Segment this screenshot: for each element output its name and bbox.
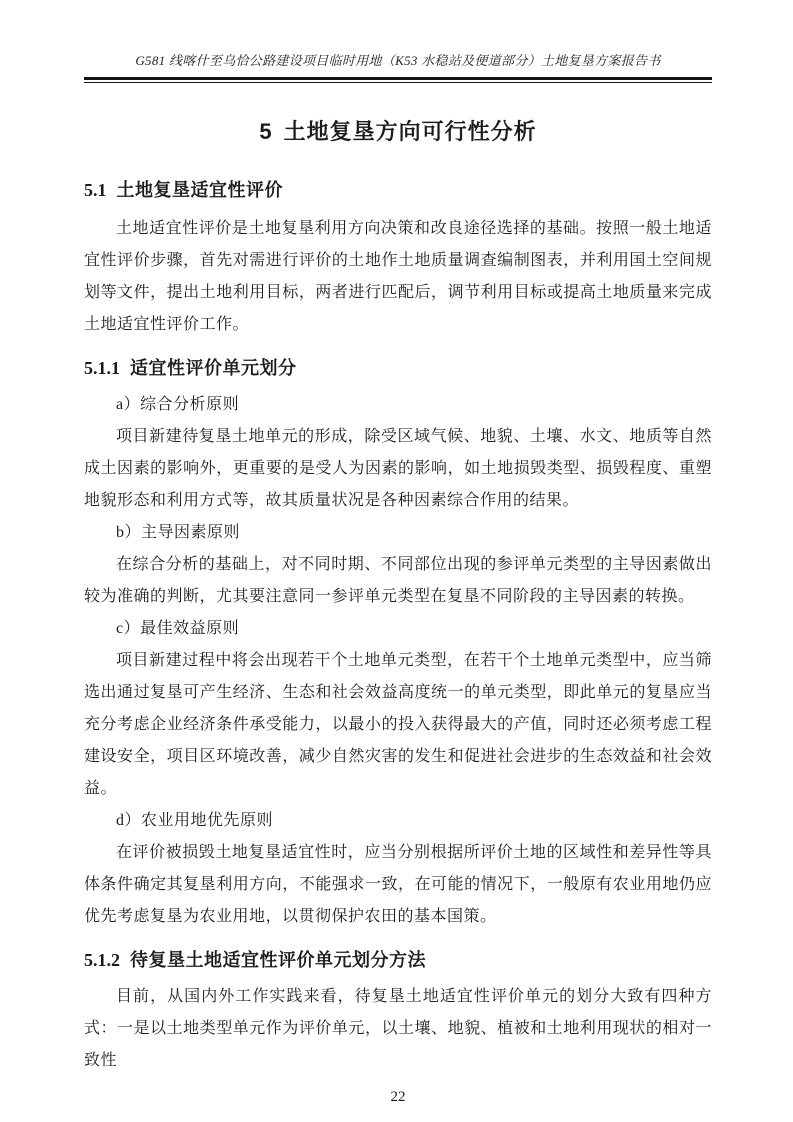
section-number: 5.1 (84, 180, 107, 200)
principle-label-b: b）主导因素原则 (84, 517, 712, 549)
section-number: 5.1.1 (84, 358, 120, 378)
principle-paragraph-b: 在综合分析的基础上，对不同时期、不同部位出现的参评单元类型的主导因素做出较为准确… (84, 549, 712, 613)
section-number: 5.1.2 (84, 950, 120, 970)
section-heading-text: 适宜性评价单元划分 (130, 358, 297, 378)
section-heading-5-1: 5.1土地复垦适宜性评价 (84, 177, 712, 203)
principle-label-d: d）农业用地优先原则 (84, 805, 712, 837)
page-header: G581 线喀什至乌恰公路建设项目临时用地（K53 水稳站及便道部分）土地复垦方… (84, 50, 712, 83)
section-heading-5-1-1: 5.1.1适宜性评价单元划分 (84, 355, 712, 381)
section-heading-text: 土地复垦适宜性评价 (117, 180, 284, 200)
principle-paragraph-d: 在评价被损毁土地复垦适宜性时，应当分别根据所评价土地的区域性和差异性等具体条件确… (84, 837, 712, 933)
principle-paragraph-a: 项目新建待复垦土地单元的形成，除受区域气候、地貌、土壤、水文、地质等自然成土因素… (84, 421, 712, 517)
chapter-number: 5 (259, 119, 271, 144)
page-number: 22 (391, 1089, 406, 1105)
header-title: G581 线喀什至乌恰公路建设项目临时用地（K53 水稳站及便道部分）土地复垦方… (84, 50, 712, 69)
section-heading-text: 待复垦土地适宜性评价单元划分方法 (130, 950, 426, 970)
principle-paragraph-c: 项目新建过程中将会出现若干个土地单元类型，在若干个土地单元类型中，应当筛选出通过… (84, 645, 712, 805)
section-heading-5-1-2: 5.1.2待复垦土地适宜性评价单元划分方法 (84, 947, 712, 973)
body-paragraph: 土地适宜性评价是土地复垦利用方向决策和改良途径选择的基础。按照一般土地适宜性评价… (84, 213, 712, 341)
chapter-title: 5土地复垦方向可行性分析 (84, 117, 712, 147)
principle-label-c: c）最佳效益原则 (84, 613, 712, 645)
chapter-title-text: 土地复垦方向可行性分析 (284, 119, 537, 144)
document-page: G581 线喀什至乌恰公路建设项目临时用地（K53 水稳站及便道部分）土地复垦方… (0, 0, 793, 1122)
body-paragraph: 目前，从国内外工作实践来看，待复垦土地适宜性评价单元的划分大致有四种方式：一是以… (84, 981, 712, 1077)
page-footer: 22 (84, 1089, 712, 1106)
header-rule (84, 77, 712, 83)
principle-label-a: a）综合分析原则 (84, 389, 712, 421)
